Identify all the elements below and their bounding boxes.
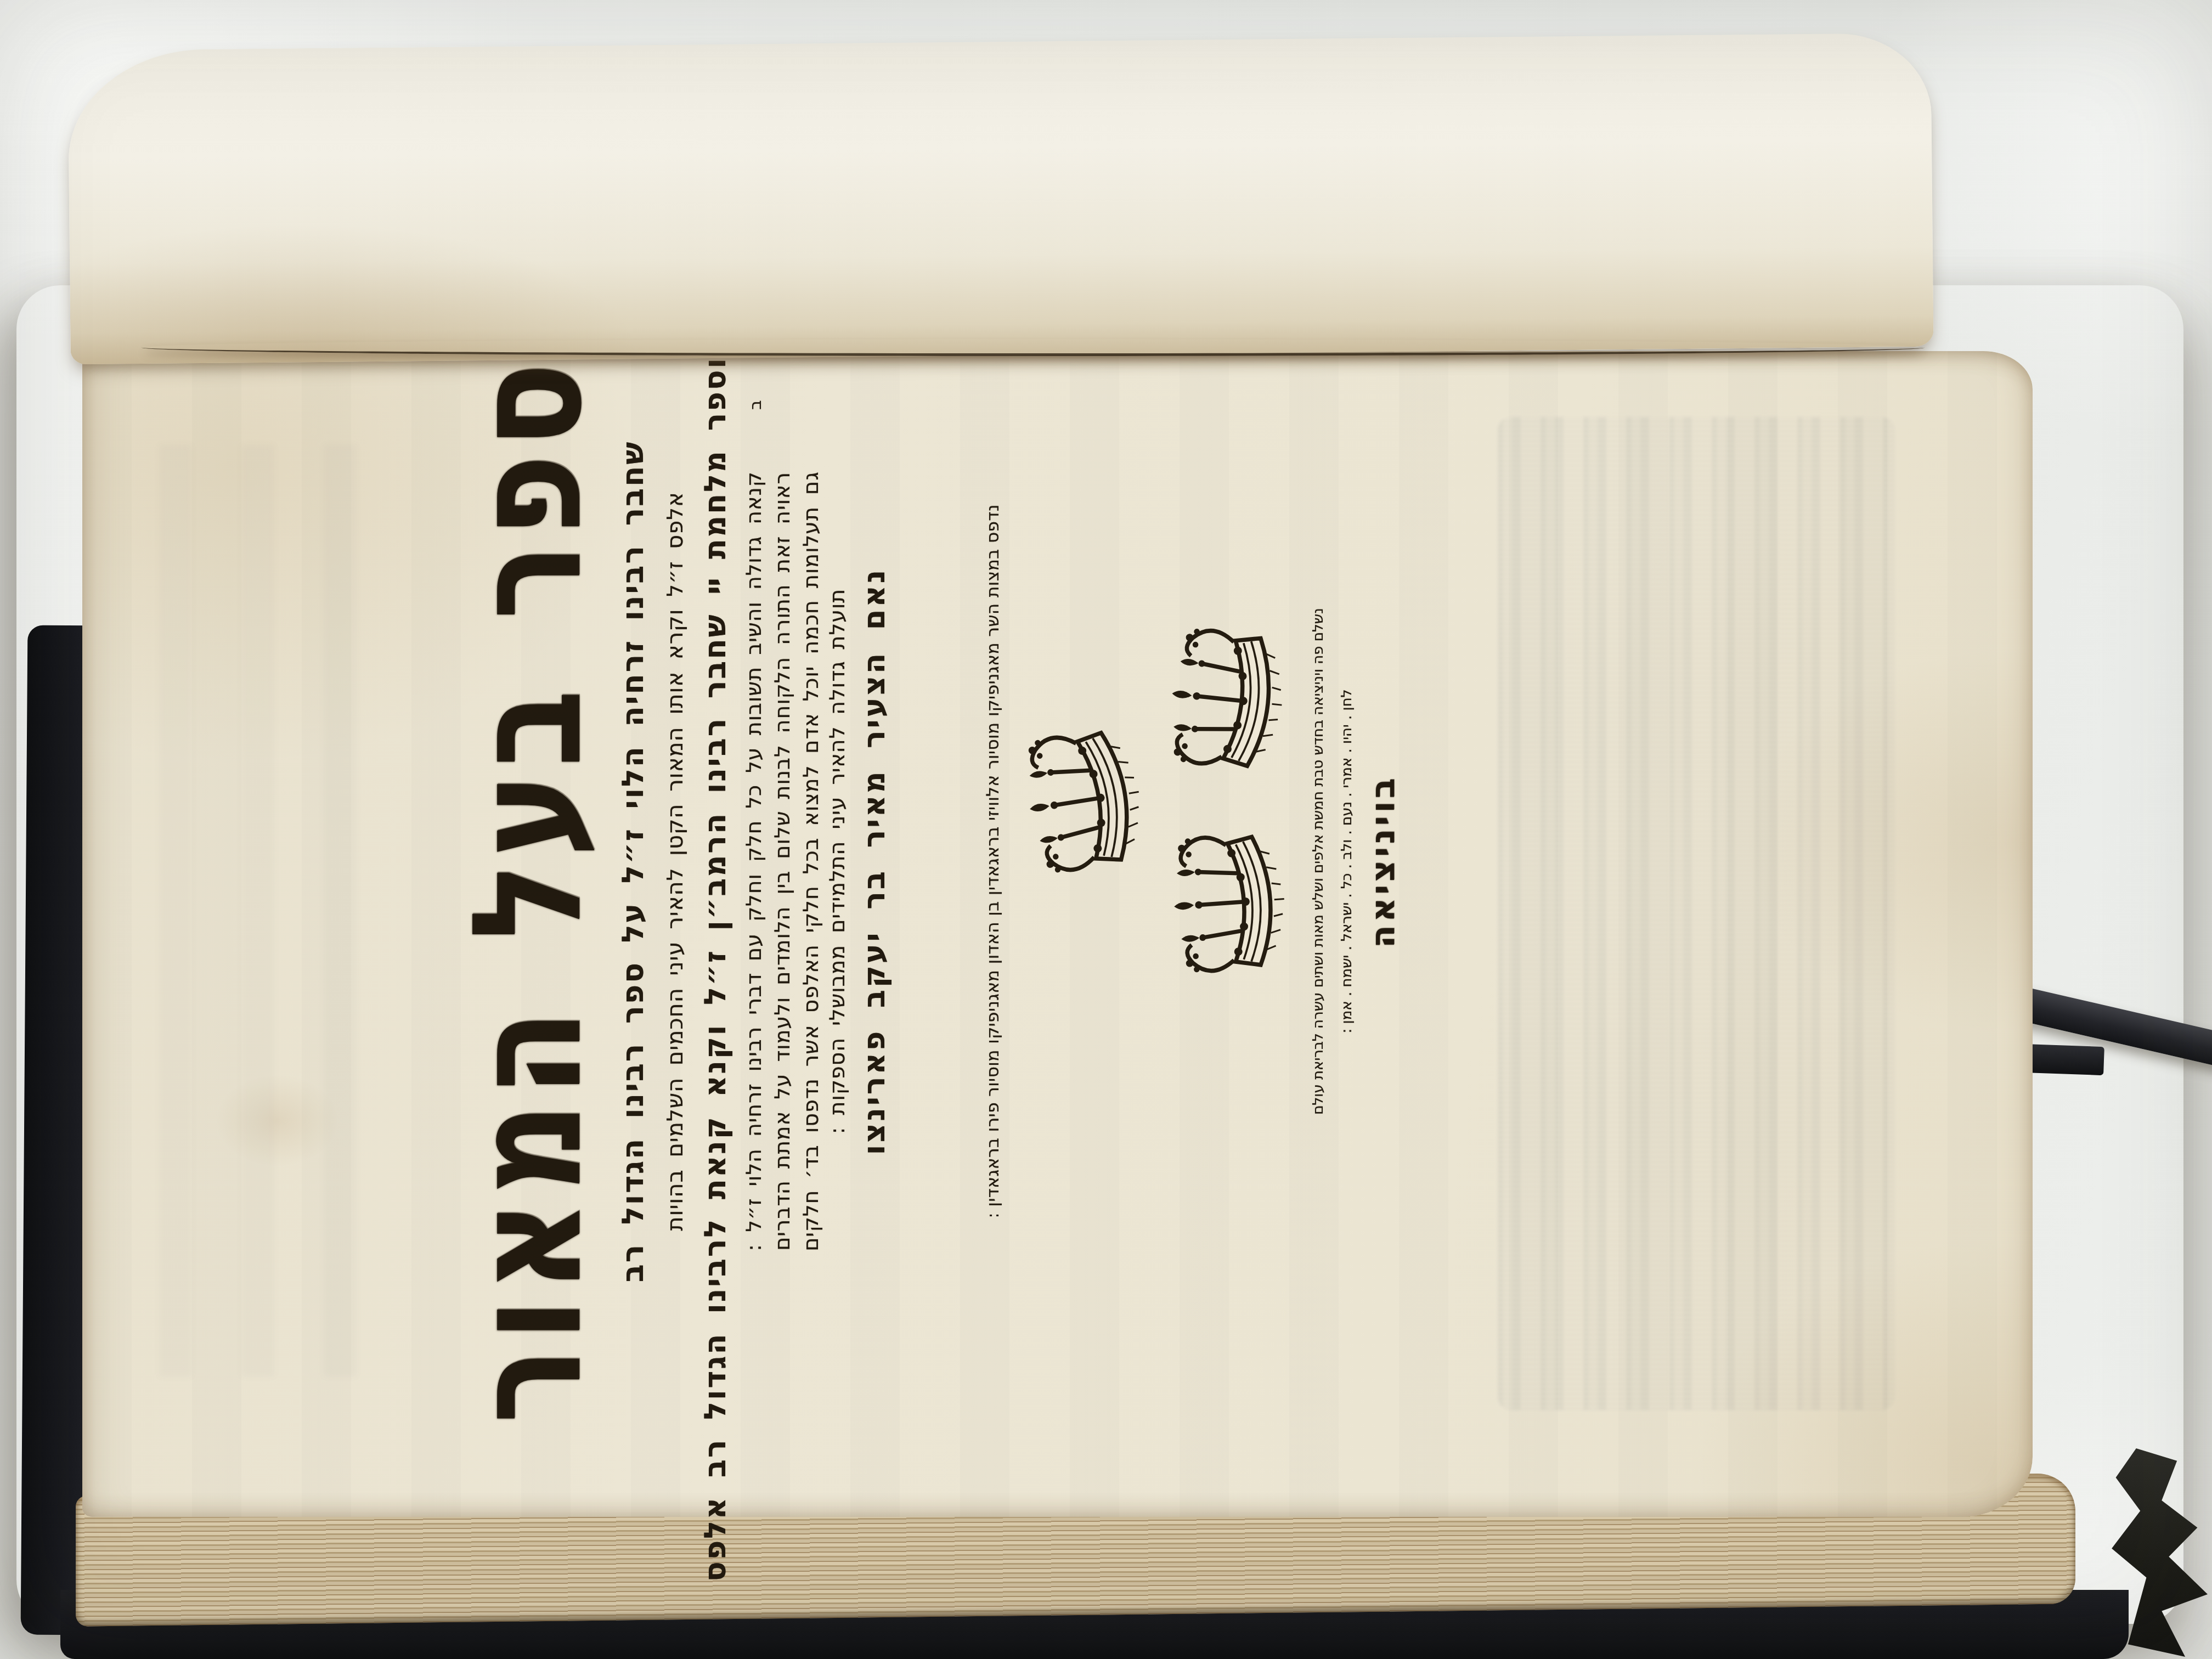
three-crowns-icon [1159, 817, 1293, 990]
signature-mark: ב [746, 388, 765, 421]
colophon-line-1: נשלם פה ויניציאה בחדש טבת חמשת אלפים ושל… [1310, 488, 1327, 1234]
description-line-2: ראויה זאת התורה הלקוחה לבנות שלום בין הל… [770, 357, 794, 1366]
milchamot-line: וספר מלחמת ײ שחבר רבינו הרמב״ן ז״ל וקנא … [698, 357, 732, 1366]
title-page: ספר בעל המאור שחבר רבינו זרחיה הלוי ז״ל … [82, 351, 2033, 1517]
description-line-4: תועלת גדולה להאיר עיני התלמידים ממבושלי … [825, 357, 849, 1366]
three-crowns-icon [1154, 611, 1294, 787]
imprint-line: נדפס במצות השר מאגניפיקו מוסיור אלוויזי … [983, 357, 1003, 1366]
colophon-line-2: לחן . יהיו . אמרי . נעם . ולב . כל . ישר… [1339, 543, 1355, 1180]
subtitle-line: אלפס ז״ל וקרא אותו המאור הקטן להאיר עיני… [663, 357, 688, 1366]
description-line-1: קנאה גדולה והשיב תשובות על כל חלק וחלק ע… [742, 357, 766, 1366]
book-title: ספר בעל המאור [447, 357, 608, 1366]
photo-scene: ספר בעל המאור שחבר רבינו זרחיה הלוי ז״ל … [0, 0, 2212, 1659]
place-line: בויניציאה [1364, 543, 1402, 1180]
show-through-right [1498, 417, 1895, 1410]
description-line-3: גם תעלומות חכמה יוכל אדם למצוא בכל חלקי … [799, 357, 823, 1366]
gutter-line [142, 339, 1925, 356]
curled-page [67, 33, 1933, 365]
editor-line: נאם הצעיר מאיר בר יעקב פארינצו [857, 357, 891, 1366]
author-line: שחבר רבינו זרחיה הלוי ז״ל על ספר רבינו ה… [616, 357, 650, 1366]
three-crowns-icon [1007, 710, 1155, 892]
show-through-left [159, 444, 395, 1377]
printed-area: ספר בעל המאור שחבר רבינו זרחיה הלוי ז״ל … [439, 357, 1448, 1366]
